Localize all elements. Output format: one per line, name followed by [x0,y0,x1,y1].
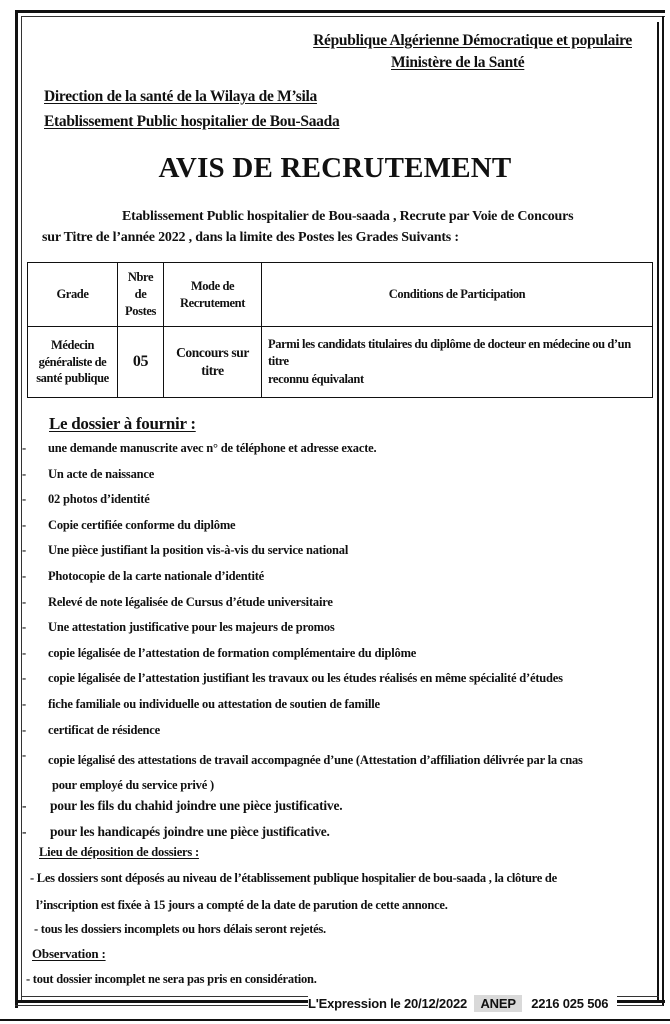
lieu-line-3: - tous les dossiers incomplets ou hors d… [34,922,326,937]
frame-border-bottom-right [617,1000,665,1003]
cell-postes: 05 [118,327,164,398]
page-title: AVIS DE RECRUTEMENT [0,152,670,185]
direction-heading: Direction de la santé de la Wilaya de M’… [44,88,317,106]
dossier-heading: Le dossier à fournir : [49,414,196,434]
header-nbre-postes: Nbre de Postes [118,263,164,327]
frame-border-top [15,10,665,13]
reference-number: 2216 025 506 [531,996,608,1011]
header-mode-recrutement: Mode de Recrutement [164,263,262,327]
intro-line-1: Etablissement Public hospitalier de Bou-… [122,209,573,225]
frame-border-top-inner [21,16,665,17]
cell-grade: Médecin généraliste de santé publique [28,327,118,398]
frame-border-bottom-left-inner [21,996,308,997]
frame-border-bottom-right-outer [617,1005,663,1006]
agency-badge: ANEP [474,995,521,1012]
frame-border-bottom-left [15,1000,308,1003]
grades-table: Grade Nbre de Postes Mode de Recrutement… [27,262,653,398]
table-row: Médecin généraliste de santé publique 05… [28,327,653,398]
lieu-line-2: l’inscription est fixée à 15 jours a com… [36,898,448,913]
cell-mode: Concours sur titre [164,327,262,398]
lieu-line-1: - Les dossiers sont déposés au niveau de… [30,871,557,886]
establishment-heading: Etablissement Public hospitalier de Bou-… [44,113,339,131]
observation-heading: Observation : [32,946,106,962]
frame-border-bottom-right-inner [617,996,659,997]
observation-line-1: - tout dossier incomplet ne sera pas pri… [26,972,317,987]
publication-date: L'Expression le 20/12/2022 [308,996,467,1011]
header-grade: Grade [28,263,118,327]
republic-heading: République Algérienne Démocratique et po… [313,32,632,50]
cell-conditions: Parmi les candidats titulaires du diplôm… [262,327,653,398]
intro-line-2: sur Titre de l’année 2022 , dans la limi… [42,230,459,246]
ministry-heading: Ministère de la Santé [391,54,524,72]
publication-footer: L'Expression le 20/12/2022 ANEP 2216 025… [308,996,608,1011]
page-bottom-rule [0,1019,670,1021]
header-conditions: Conditions de Participation [262,263,653,327]
lieu-heading: Lieu de déposition de dossiers : [39,845,199,860]
table-header-row: Grade Nbre de Postes Mode de Recrutement… [28,263,653,327]
frame-border-bottom-left-outer [15,1005,308,1006]
